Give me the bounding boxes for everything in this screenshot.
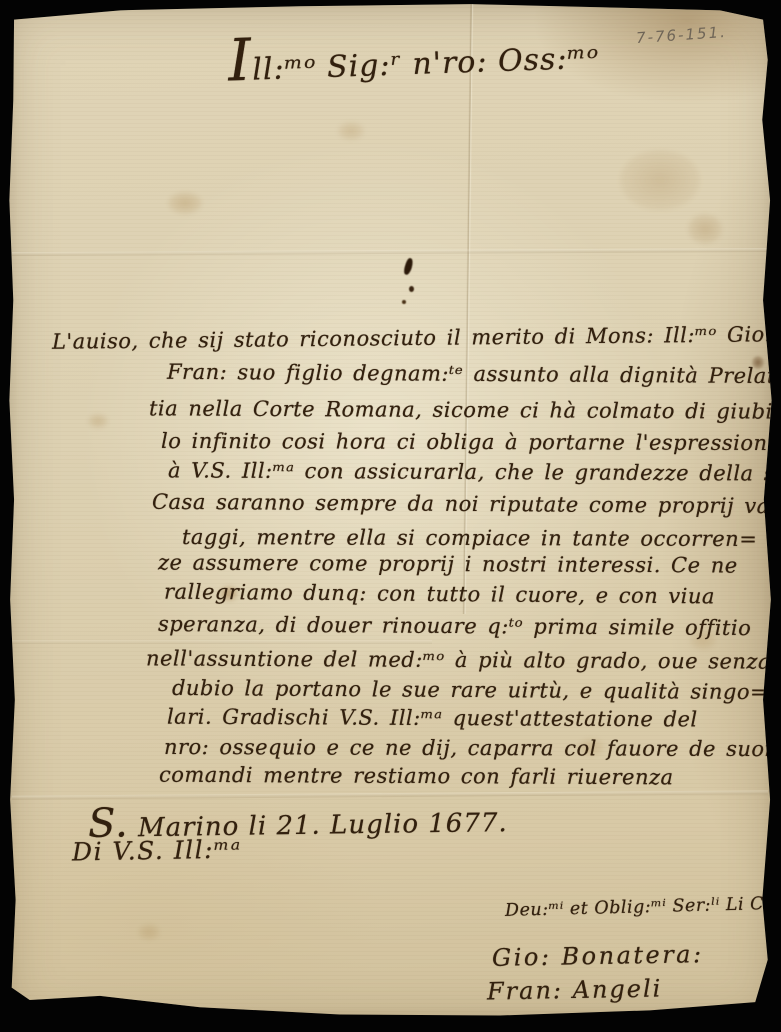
letter-paper: 7-76-151. Ill:ᵐᵒ Sig:ʳ n'ro: Oss:ᵐᵒ L'au… <box>0 0 781 1032</box>
body-line: taggi, mentre ella si compiace in tante … <box>182 525 757 551</box>
salutation-line: Ill:ᵐᵒ Sig:ʳ n'ro: Oss:ᵐᵒ <box>227 22 600 89</box>
paper-stain <box>338 122 364 140</box>
body-line: speranza, di douer rinouare q:ᵗᵒ prima s… <box>158 612 751 640</box>
paper-stain <box>620 150 700 210</box>
fold-crease-upper <box>12 248 768 256</box>
body-line: tia nella Corte Romana, sicome ci hà col… <box>149 396 781 423</box>
fold-crease-middle <box>12 640 432 644</box>
fold-crease-vertical <box>462 4 473 614</box>
paper-stain <box>138 924 160 940</box>
body-line: L'auiso, che sij stato riconosciuto il m… <box>52 322 773 354</box>
body-line: nro: ossequio e ce ne dij, caparra col f… <box>164 735 772 761</box>
signature-closing: Deu:ᵐⁱ et Oblig:ᵐⁱ Ser:ˡⁱ Li Cap:ⁿⁱ <box>505 893 781 921</box>
body-line: à V.S. Ill:ᵐᵃ con assicurarla, che le gr… <box>168 458 781 485</box>
ink-blot <box>409 286 414 292</box>
paper-stain <box>688 214 722 244</box>
archival-number: 7-76-151. <box>635 23 727 47</box>
body-line: ze assumere come proprij i nostri intere… <box>158 550 738 577</box>
body-line: Casa saranno sempre da noi riputate come… <box>152 490 781 519</box>
body-line: lari. Gradischi V.S. Ill:ᵐᵃ quest'attest… <box>167 705 698 732</box>
ink-blot <box>403 257 415 275</box>
scan-background: 7-76-151. Ill:ᵐᵒ Sig:ʳ n'ro: Oss:ᵐᵒ L'au… <box>0 0 781 1032</box>
body-line: Fran: suo figlio degnam:ᵗᵉ assunto alla … <box>167 360 781 388</box>
body-line: dubio la portano le sue rare uirtù, e qu… <box>172 676 768 704</box>
ink-blot <box>402 300 406 304</box>
body-line: rallegriamo dunq: con tutto il cuore, e … <box>164 580 715 609</box>
paper-stain <box>168 192 202 214</box>
signature-name: Gio: Bonatera: <box>492 940 704 972</box>
body-line: lo infinito cosi hora ci obliga à portar… <box>161 429 775 455</box>
body-line: comandi mentre restiamo con farli riuere… <box>159 763 674 790</box>
valediction: Di V.S. Ill:ᵐᵃ <box>72 835 242 867</box>
paper-stain <box>88 414 108 428</box>
body-line: nell'assuntione del med:ᵐᵒ à più alto gr… <box>146 646 771 673</box>
signature-name: Fran: Angeli <box>487 974 663 1005</box>
